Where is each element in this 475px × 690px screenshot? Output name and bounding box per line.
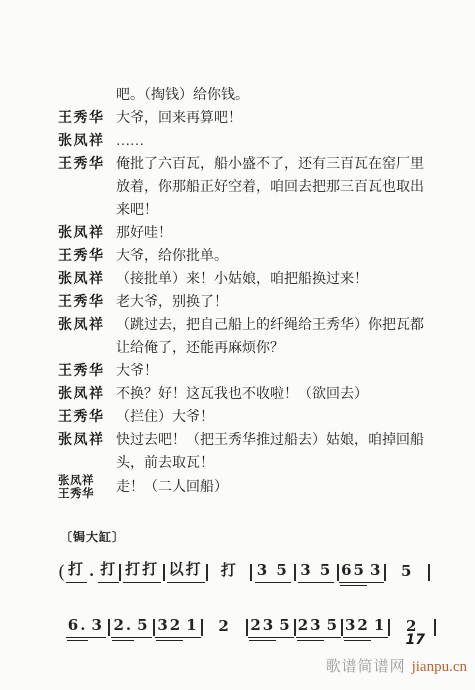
note-group: 3 5 — [255, 561, 291, 583]
music-measure: 6.3 — [64, 616, 108, 638]
dialogue-text: 大爷，给你批单。 — [116, 245, 424, 268]
music-measure: 321 — [155, 616, 200, 638]
speaker-name: 张凤祥 — [58, 314, 116, 360]
note-group: 打打 — [123, 558, 161, 583]
music-measure: 235 — [296, 616, 341, 638]
note-group: 1 — [372, 616, 388, 638]
speaker-name-line: 王秀华 — [58, 360, 116, 383]
dialogue-row: 王秀华大爷，给你批单。 — [58, 245, 445, 268]
note-group: 5 — [277, 616, 293, 638]
note-group: 3 5 — [298, 561, 334, 583]
dialogue-text: 走！（二人回船） — [116, 476, 424, 499]
note-group: 23 — [248, 616, 277, 638]
speaker-name: 王秀华 — [58, 245, 116, 268]
speaker-name: 张凤祥 — [58, 268, 116, 291]
music-line-2: 6.32.532122352353212 — [64, 616, 436, 638]
dialogue-row: 张凤祥不换？好！这瓦我也不收啦！（欲回去） — [58, 383, 445, 406]
dialogue-row: 王秀华（拦住）大爷！ — [58, 406, 445, 429]
speaker-name: 王秀华 — [58, 360, 116, 383]
music-measure: 5 — [386, 562, 428, 583]
dialogue-row: 张凤祥（接批单）来！小姑娘，咱把船换过来！ — [58, 268, 445, 291]
dialogue-row: 王秀华俺批了六百瓦，船小盛不了，还有三百瓦在窑厂里放着，你那船正好空着，咱回去把… — [58, 153, 445, 222]
note-group: 1 — [184, 616, 200, 638]
speaker-name-line: 张凤祥 — [58, 475, 116, 488]
note-group: 23 — [296, 616, 325, 638]
note-group: 3 — [89, 616, 105, 638]
speaker-name-line: 张凤祥 — [58, 429, 116, 452]
speaker-name: 王秀华 — [58, 107, 116, 130]
note-group: 打 — [219, 559, 240, 583]
music-measure: 2.5 — [110, 616, 154, 638]
barline — [434, 619, 436, 636]
note-group: 2. — [111, 616, 135, 638]
dialogue-row: 王秀华大爷！ — [58, 360, 445, 383]
speaker-name: 王秀华 — [58, 153, 116, 222]
note-group: 5 — [399, 562, 415, 583]
watermark-site-name: 歌谱简谱网 — [326, 659, 406, 675]
dialogue-text: 老大爷，别换了！ — [116, 291, 424, 314]
watermark-domain-link: jianpu.cn — [412, 659, 467, 675]
speaker-name-line: 王秀华 — [58, 107, 116, 130]
speaker-name: 张凤祥 — [58, 383, 116, 406]
dialogue-text: （跳过去，把自己船上的纤绳给王秀华）你把瓦都让给俺了，还能再麻烦你？ — [116, 314, 424, 360]
note-group: 65 — [339, 561, 368, 583]
note-group: 32 — [155, 616, 184, 638]
note-group: 5 — [325, 616, 341, 638]
barline — [428, 564, 430, 581]
music-measure: 3 5 — [296, 561, 338, 583]
tune-label: 〔锔大缸〕 — [60, 528, 445, 545]
music-measure: 235 — [248, 616, 293, 638]
speaker-name: 张凤祥王秀华 — [58, 475, 116, 500]
dialogue-row: 张凤祥（跳过去，把自己船上的纤绳给王秀华）你把瓦都让给俺了，还能再麻烦你？ — [58, 314, 445, 360]
speaker-name-line: 王秀华 — [58, 488, 116, 501]
dialogue-text: 快过去吧！（把王秀华推过船去）姑娘，咱掉回船头，前去取瓦！ — [116, 429, 424, 475]
dialogue-text: （拦住）大爷！ — [116, 406, 424, 429]
note-group: 以打 — [167, 558, 205, 583]
note-group: 5 — [135, 616, 151, 638]
dialogue-row: 张凤祥王秀华走！（二人回船） — [58, 475, 445, 500]
speaker-name-line: 王秀华 — [58, 291, 116, 314]
speaker-name-line: 王秀华 — [58, 153, 116, 176]
speaker-name-line: 张凤祥 — [58, 130, 116, 153]
dialogue-text: 大爷！ — [116, 360, 424, 383]
note-group: 6. — [66, 616, 90, 638]
speaker-name-line: 王秀华 — [58, 245, 116, 268]
note-group: 3 — [368, 561, 384, 583]
music-measure: 2 — [203, 617, 247, 638]
speaker-name: 张凤祥 — [58, 222, 116, 245]
dialogue-text: 俺批了六百瓦，船小盛不了，还有三百瓦在窑厂里放着，你那船正好空着，咱回去把那三百… — [116, 153, 424, 222]
dialogue-row: 王秀华老大爷，别换了！ — [58, 291, 445, 314]
speaker-name: 张凤祥 — [58, 130, 116, 153]
note-group: 32 — [343, 616, 372, 638]
dialogue-text: 大爷，回来再算吧！ — [116, 107, 424, 130]
speaker-name-line: 张凤祥 — [58, 268, 116, 291]
speaker-name-line: 张凤祥 — [58, 383, 116, 406]
page-number: 17 — [406, 632, 425, 648]
dialogue-text: 不换？好！这瓦我也不收啦！（欲回去） — [116, 383, 424, 406]
dialogue-text: 那好哇！ — [116, 222, 424, 245]
watermark: 歌谱简谱网jianpu.cn — [326, 655, 467, 676]
speaker-name-line: 王秀华 — [58, 406, 116, 429]
dialogue-text: （接批单）来！小姑娘，咱把船换过来！ — [116, 268, 424, 291]
music-line-1: (打.打打打以打打3 53 56535 — [58, 558, 430, 583]
note-group: 打 — [98, 558, 119, 583]
open-paren: ( — [58, 562, 65, 583]
dialogue-row: 吧。（掏钱）给你钱。 — [58, 84, 445, 107]
scanned-script-page: 吧。（掏钱）给你钱。王秀华大爷，回来再算吧！张凤祥……王秀华俺批了六百瓦，船小盛… — [0, 0, 475, 690]
note-group: 打 — [66, 558, 87, 583]
speaker-name: 王秀华 — [58, 406, 116, 429]
music-measure: 321 — [343, 616, 388, 638]
dialogue-text: …… — [116, 130, 424, 153]
music-measure: 打.打 — [66, 558, 119, 583]
dialogue-row: 张凤祥快过去吧！（把王秀华推过船去）姑娘，咱掉回船头，前去取瓦！ — [58, 429, 445, 475]
music-measure: 打打 — [121, 558, 163, 583]
speaker-name-line: 张凤祥 — [58, 222, 116, 245]
dialogue-row: 张凤祥…… — [58, 130, 445, 153]
note-group: . — [87, 562, 98, 583]
music-measure: 3 5 — [252, 561, 294, 583]
speaker-name: 王秀华 — [58, 291, 116, 314]
dialogue-row: 张凤祥那好哇！ — [58, 222, 445, 245]
music-measure: 653 — [339, 561, 384, 583]
dialogue-list: 吧。（掏钱）给你钱。王秀华大爷，回来再算吧！张凤祥……王秀华俺批了六百瓦，船小盛… — [58, 84, 445, 500]
music-measure: 打 — [208, 559, 250, 583]
music-measure: 以打 — [165, 558, 207, 583]
speaker-name: 张凤祥 — [58, 429, 116, 475]
speaker-name-line: 张凤祥 — [58, 314, 116, 337]
dialogue-text: 吧。（掏钱）给你钱。 — [116, 84, 424, 107]
note-group: 2 — [216, 617, 232, 638]
speaker-name — [58, 84, 116, 107]
dialogue-row: 王秀华大爷，回来再算吧！ — [58, 107, 445, 130]
music-section: 〔锔大缸〕 (打.打打打以打打3 53 56535 6.32.532122352… — [58, 528, 445, 638]
